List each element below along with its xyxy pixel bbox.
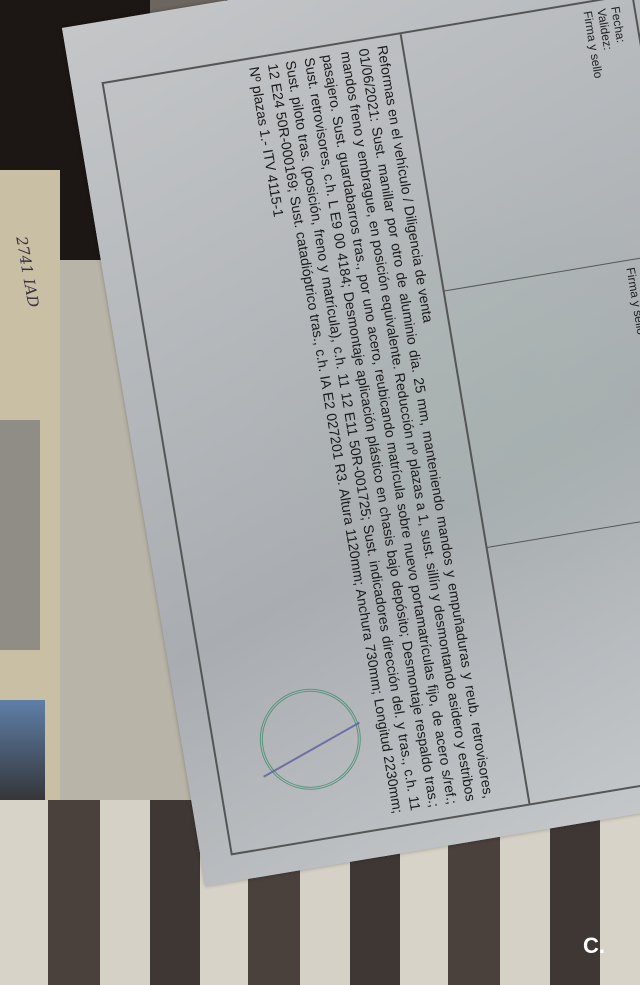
firma-label: Firma y sello <box>623 266 640 485</box>
figure-label: C. <box>583 933 605 959</box>
background-grey <box>0 420 40 650</box>
vehicle-document: Reformas en el vehículo / Diligencia de … <box>62 0 640 886</box>
document-frame: Reformas en el vehículo / Diligencia de … <box>101 0 640 855</box>
stamp-box-1: Fecha: Validez: Firma y sello <box>400 0 640 292</box>
